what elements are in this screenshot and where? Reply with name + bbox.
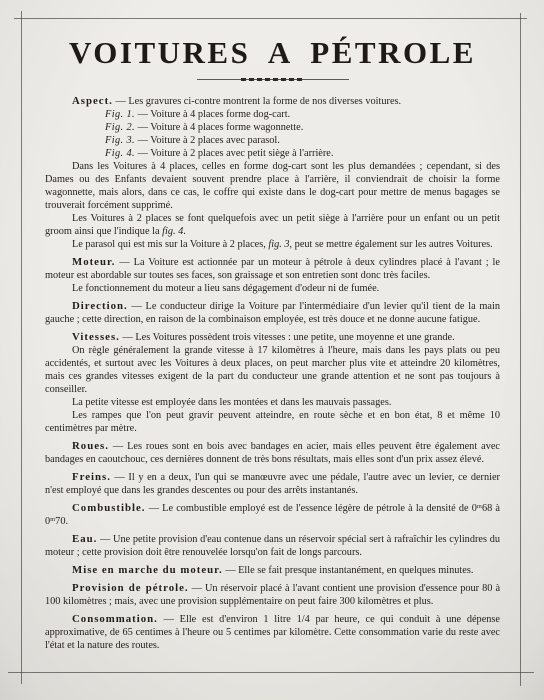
body-paragraph: La petite vitesse est employée dans les …	[45, 396, 500, 409]
body-paragraph: Les rampes que l'on peut gravir peuvent …	[45, 409, 500, 435]
section-paragraph: Roues. — Les roues sont en bois avec ban…	[45, 440, 500, 466]
section-lead: Consommation.	[72, 613, 158, 625]
title-divider-rule	[197, 79, 349, 80]
figure-line: Fig. 3. — Voiture à 2 places avec paraso…	[105, 134, 500, 147]
figure-line: Fig. 1. — Voiture à 4 places forme dog-c…	[105, 108, 500, 121]
section-paragraph: Vitesses. — Les Voitures possèdent trois…	[45, 331, 500, 344]
page-frame-bottom	[8, 672, 534, 673]
section-paragraph: Eau. — Une petite provision d'eau conten…	[45, 533, 500, 559]
section-paragraph: Mise en marche du moteur. — Elle se fait…	[45, 564, 500, 577]
section-lead: Direction.	[72, 300, 128, 312]
figure-label: Fig. 2.	[105, 122, 135, 133]
section-lead: Eau.	[72, 533, 97, 545]
figure-line: Fig. 2. — Voiture à 4 places forme wagon…	[105, 121, 500, 134]
page-title: VOITURES A PÉTROLE	[45, 0, 500, 70]
section-lead: Roues.	[72, 440, 109, 452]
section-paragraph: Direction. — Le conducteur dirige la Voi…	[45, 300, 500, 326]
section-paragraph: Aspect. — Les gravures ci-contre montren…	[45, 95, 500, 108]
section-lead: Provision de pétrole.	[72, 582, 189, 594]
body-paragraph: On règle généralement la grande vitesse …	[45, 344, 500, 396]
page-frame-left	[21, 11, 22, 684]
body-paragraph: Dans les Voitures à 4 places, celles en …	[45, 160, 500, 212]
section-lead: Aspect.	[72, 95, 113, 107]
figure-label: Fig. 3.	[105, 135, 135, 146]
figure-label: Fig. 1.	[105, 109, 135, 120]
section-paragraph: Provision de pétrole. — Un réservoir pla…	[45, 582, 500, 608]
section-lead: Combustible.	[72, 502, 146, 514]
section-lead: Mise en marche du moteur.	[72, 564, 223, 576]
figure-label: Fig. 4.	[105, 148, 135, 159]
section-lead: Moteur.	[72, 256, 115, 268]
body-paragraph: Le parasol qui est mis sur la Voiture à …	[45, 238, 500, 251]
section-lead: Freins.	[72, 471, 111, 483]
section-paragraph: Combustible. — Le combustible employé es…	[45, 502, 500, 528]
section-paragraph: Freins. — Il y en a deux, l'un qui se ma…	[45, 471, 500, 497]
document-body: Aspect. — Les gravures ci-contre montren…	[45, 95, 500, 652]
section-lead: Vitesses.	[72, 331, 120, 343]
body-paragraph: Les Voitures à 2 places se font quelquef…	[45, 212, 500, 238]
figure-line: Fig. 4. — Voiture à 2 places avec petit …	[105, 147, 500, 160]
page-frame-right	[520, 13, 521, 686]
body-paragraph: Le fonctionnement du moteur a lieu sans …	[45, 282, 500, 295]
scanned-page: VOITURES A PÉTROLE Aspect. — Les gravure…	[0, 0, 544, 700]
page-content: VOITURES A PÉTROLE Aspect. — Les gravure…	[45, 0, 500, 652]
section-paragraph: Moteur. — La Voiture est actionnée par u…	[45, 256, 500, 282]
section-paragraph: Consommation. — Elle est d'environ 1 lit…	[45, 613, 500, 652]
